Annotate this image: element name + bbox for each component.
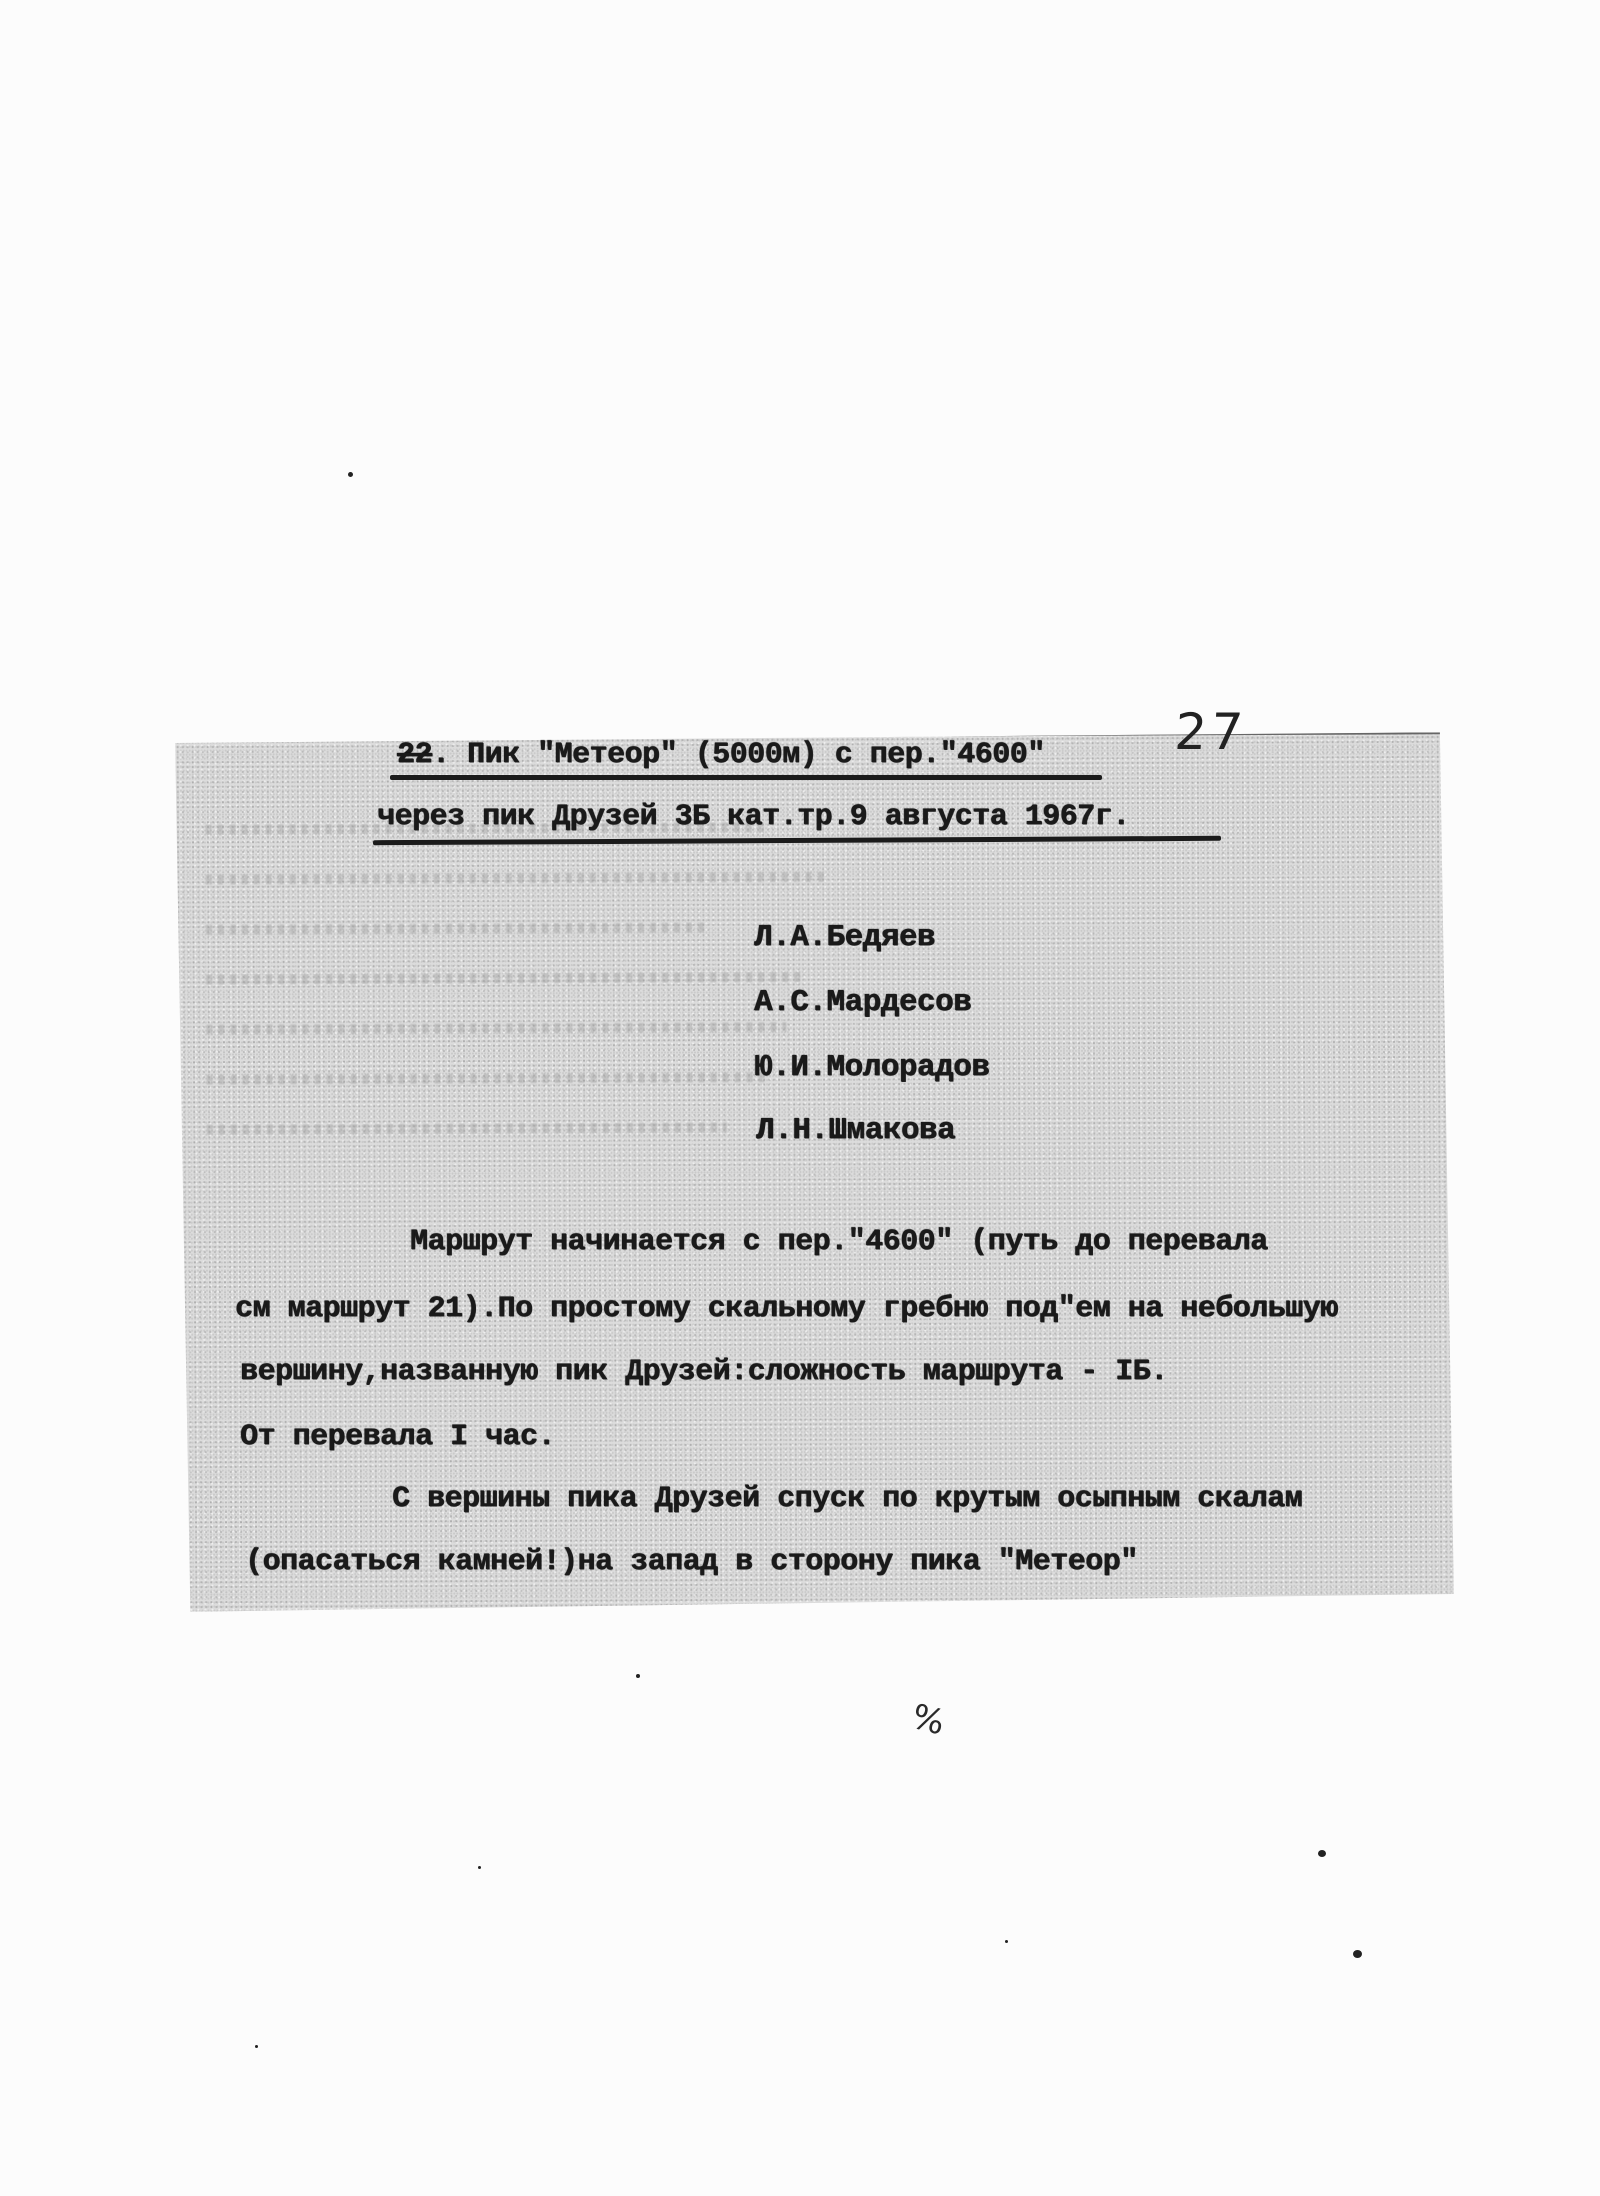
scan-speck — [1353, 1950, 1362, 1958]
scan-artifact: % — [907, 1696, 949, 1743]
bleed-through-text — [206, 872, 826, 885]
bleed-through-text — [207, 1122, 727, 1134]
handwritten-page-number: 27 — [1173, 703, 1249, 761]
body-line: С вершины пика Друзей спуск по крутым ос… — [392, 1482, 1302, 1516]
body-line: Маршрут начинается с пер."4600" (путь до… — [410, 1225, 1268, 1259]
scan-speck — [1318, 1850, 1326, 1857]
scanned-page: 22. Пик "Метеор" (5000м) с пер."4600" че… — [0, 0, 1600, 2196]
typewritten-slip — [175, 732, 1454, 1612]
scan-speck — [636, 1674, 640, 1678]
body-line: (опасаться камней!)на запад в сторону пи… — [245, 1545, 1138, 1579]
participant-name: Л.Н.Шмакова — [756, 1113, 955, 1148]
route-title: Пик "Метеор" (5000м) с пер."4600" — [467, 738, 1045, 772]
body-line: см маршрут 21).По простому скальному гре… — [235, 1292, 1338, 1326]
route-header-line-1: 22. Пик "Метеор" (5000м) с пер."4600" — [397, 738, 1045, 772]
bleed-through-text — [206, 972, 806, 985]
bleed-through-text — [206, 922, 706, 934]
participant-name: Л.А.Бедяев — [754, 920, 935, 955]
body-line: От перевала I час. — [240, 1420, 555, 1454]
header-underline-1 — [390, 775, 1102, 780]
bleed-through-text — [206, 1022, 786, 1035]
scan-speck — [1005, 1940, 1008, 1943]
route-header-line-2: через пик Друзей 3Б кат.тр.9 августа 196… — [377, 800, 1130, 834]
scan-speck — [478, 1866, 481, 1869]
participant-name: Ю.И.Молорадов — [754, 1050, 989, 1085]
bleed-through-text — [207, 1072, 767, 1084]
body-line: вершину,названную пик Друзей:сложность м… — [240, 1355, 1168, 1389]
scan-speck — [255, 2045, 258, 2048]
scan-speck — [348, 472, 353, 477]
participant-name: А.С.Мардесов — [754, 985, 971, 1020]
route-number: 22 — [397, 738, 432, 772]
